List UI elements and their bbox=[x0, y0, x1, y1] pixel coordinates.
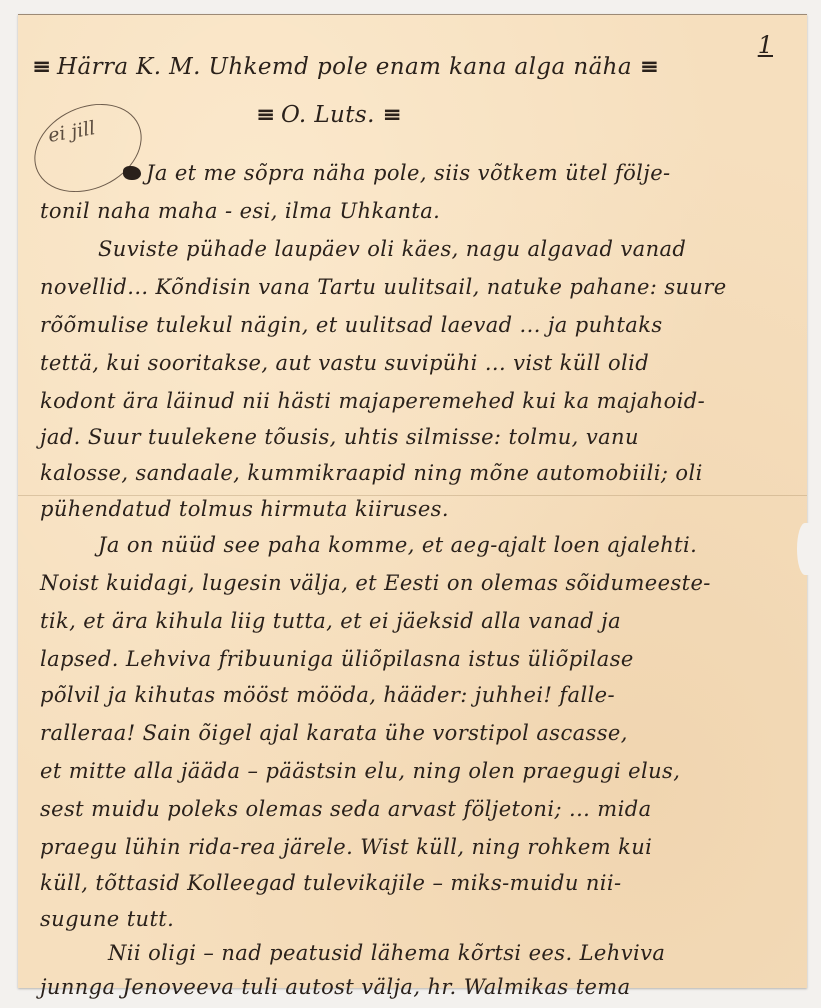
author-line: ≡ O. Luts. ≡ bbox=[256, 101, 400, 128]
text-line: tik, et ära kihula liig tutta, et ei jäe… bbox=[40, 609, 621, 633]
title-line: ≡ Härra K. M. Uhkemd pole enam kana alga… bbox=[32, 53, 657, 80]
text-line: kodont ära läinud nii hästi majaperemehe… bbox=[40, 389, 705, 413]
text-line: junnga Jenoveeva tuli autost välja, hr. … bbox=[40, 975, 631, 999]
text-line: sest muidu poleks olemas seda arvast föl… bbox=[40, 797, 652, 821]
text-line: et mitte alla jääda – päästsin elu, ning… bbox=[40, 759, 680, 783]
text-line: lapsed. Lehviva fribuuniga üliõpilasna i… bbox=[40, 647, 634, 671]
text-line: jad. Suur tuulekene tõusis, uhtis silmis… bbox=[40, 425, 639, 449]
text-line: tettä, kui sooritakse, aut vastu suvipüh… bbox=[40, 351, 649, 375]
text-line: Ja et me sõpra näha pole, siis võtkem üt… bbox=[146, 161, 671, 185]
author-mark-right: ≡ bbox=[383, 101, 400, 128]
author-mark-left: ≡ bbox=[256, 101, 273, 128]
text-line: põlvil ja kihutas mööst mööda, hääder: j… bbox=[40, 683, 615, 707]
ink-blot bbox=[123, 166, 141, 180]
paper-tear bbox=[797, 523, 813, 575]
title-mark-left: ≡ bbox=[32, 53, 49, 80]
text-line: praegu lühin rida-rea järele. Wist küll,… bbox=[40, 835, 652, 859]
text-line: Nii oligi – nad peatusid lähema kõrtsi e… bbox=[108, 941, 665, 965]
text-line: rõõmulise tulekul nägin, et uulitsad lae… bbox=[40, 313, 663, 337]
text-line: kalosse, sandaale, kummikraapid ning mõn… bbox=[40, 461, 703, 485]
text-line: tonil naha maha - esi, ilma Uhkanta. bbox=[40, 199, 440, 223]
page-number: 1 bbox=[758, 31, 773, 59]
title-mark-right: ≡ bbox=[640, 53, 657, 80]
text-line: Noist kuidagi, lugesin välja, et Eesti o… bbox=[40, 571, 711, 595]
text-line: pühendatud tolmus hirmuta kiiruses. bbox=[40, 497, 449, 521]
text-line: novellid... Kõndisin vana Tartu uulitsai… bbox=[40, 275, 727, 299]
text-line: Suviste pühade laupäev oli käes, nagu al… bbox=[98, 237, 686, 261]
paper-fold-line bbox=[18, 495, 807, 496]
title: Härra K. M. Uhkemd pole enam kana alga n… bbox=[57, 54, 632, 80]
text-line: sugune tutt. bbox=[40, 907, 174, 931]
text-line: Ja on nüüd see paha komme, et aeg-ajalt … bbox=[98, 533, 697, 557]
text-line: küll, tõttasid Kolleegad tulevikajile – … bbox=[40, 871, 622, 895]
margin-note-circle bbox=[20, 87, 156, 209]
author: O. Luts. bbox=[281, 102, 375, 128]
text-line: ralleraa! Sain õigel ajal karata ühe vor… bbox=[40, 721, 628, 745]
manuscript-page: 1 ei jill ≡ Härra K. M. Uhkemd pole enam… bbox=[18, 14, 807, 988]
